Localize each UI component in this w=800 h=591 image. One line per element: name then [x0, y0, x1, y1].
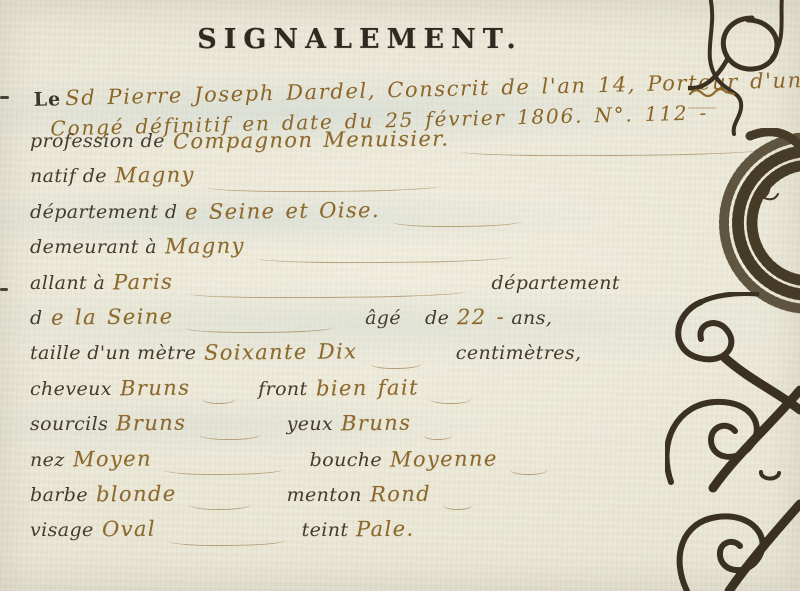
field-label: teint	[302, 519, 349, 541]
form-row: taille d'un mètreSoixante Dixcentimètres…	[30, 340, 772, 375]
handwritten-value: Soixante Dix	[204, 340, 358, 366]
field-label: yeux	[287, 413, 334, 435]
form-row: nezMoyenboucheMoyenne	[30, 447, 772, 482]
field-label: ans,	[511, 307, 552, 329]
form-row: natif deMagny	[30, 163, 772, 198]
handwritten-value: e Seine et Oise.	[185, 198, 380, 224]
handwritten-value: bien fait	[315, 375, 418, 400]
ink-rule	[199, 428, 261, 439]
ink-rule	[461, 144, 764, 157]
field-label: nez	[30, 449, 65, 471]
form-row: visageOvalteintPale.	[30, 517, 772, 552]
ink-rule	[430, 393, 472, 404]
page-title: SIGNALEMENT.	[0, 24, 720, 55]
ink-rule	[510, 464, 548, 475]
field-label: département d	[30, 201, 177, 223]
handwritten-value: Rond	[370, 482, 431, 507]
ink-rule	[202, 393, 236, 404]
form-row: barbeblondementonRond	[30, 482, 772, 517]
handwritten-value: e la Seine	[50, 304, 173, 329]
handwritten-value: Moyen	[73, 446, 152, 471]
handwritten-value: Paris	[113, 269, 173, 294]
handwritten-value: Pale.	[356, 517, 415, 542]
handwritten-value: Magny	[165, 234, 245, 259]
field-label: visage	[30, 519, 94, 541]
document-page: SIGNALEMENT. LeSd Pierre Joseph Dardel, …	[0, 0, 800, 591]
field-label: centimètres,	[456, 342, 582, 364]
field-label: cheveux	[30, 378, 112, 400]
ink-rule	[257, 251, 512, 264]
handwritten-value: blonde	[96, 481, 177, 506]
field-label: bouche	[310, 449, 382, 471]
handwritten-value: Moyenne	[390, 446, 498, 471]
ink-rule	[185, 322, 335, 334]
ink-rule	[423, 428, 453, 439]
field-label: âgé	[365, 307, 401, 329]
printed-prefix: Le	[33, 88, 61, 111]
form-rows: profession deCompagnon Menuisier.natif d…	[30, 128, 772, 553]
field-label: barbe	[30, 484, 88, 506]
left-edge-mark	[0, 96, 9, 99]
form-row: profession deCompagnon Menuisier.	[30, 128, 772, 163]
handwritten-value: 22 -	[457, 305, 505, 330]
handwritten-value: Bruns	[116, 411, 187, 436]
form-row: demeurant àMagny	[30, 234, 772, 269]
ink-rule	[189, 499, 251, 510]
form-row: allant àParisdépartement	[30, 270, 772, 305]
left-edge-mark	[0, 288, 8, 291]
field-label: front	[258, 378, 307, 400]
ink-rule	[443, 499, 473, 510]
form-row: de la Seineâgéde22 -ans,	[30, 305, 772, 340]
field-label: natif de	[30, 165, 107, 187]
field-label: taille d'un mètre	[30, 342, 196, 364]
form-row: département de Seine et Oise.	[30, 199, 772, 234]
field-label: profession de	[30, 130, 165, 152]
field-label: menton	[287, 484, 362, 506]
handwritten-value: Oval	[102, 517, 156, 542]
handwritten-value: Bruns	[120, 375, 191, 400]
ink-rule	[392, 216, 522, 228]
handwritten-value: Bruns	[341, 411, 412, 436]
field-label: sourcils	[30, 413, 108, 435]
field-label: demeurant à	[30, 236, 157, 258]
form-row: cheveuxBrunsfrontbien fait	[30, 376, 772, 411]
ink-rule	[168, 534, 286, 546]
handwritten-value: Magny	[115, 163, 195, 188]
ink-rule	[185, 286, 465, 299]
ink-rule	[207, 180, 442, 193]
ink-rule	[370, 358, 422, 369]
form-row: sourcilsBrunsyeuxBruns	[30, 411, 772, 446]
field-label: allant à	[30, 272, 105, 294]
field-label: d	[30, 307, 43, 329]
field-label: département	[492, 272, 620, 294]
field-label: de	[425, 307, 449, 329]
ink-rule	[164, 463, 284, 475]
handwritten-value: Compagnon Menuisier.	[173, 127, 450, 154]
